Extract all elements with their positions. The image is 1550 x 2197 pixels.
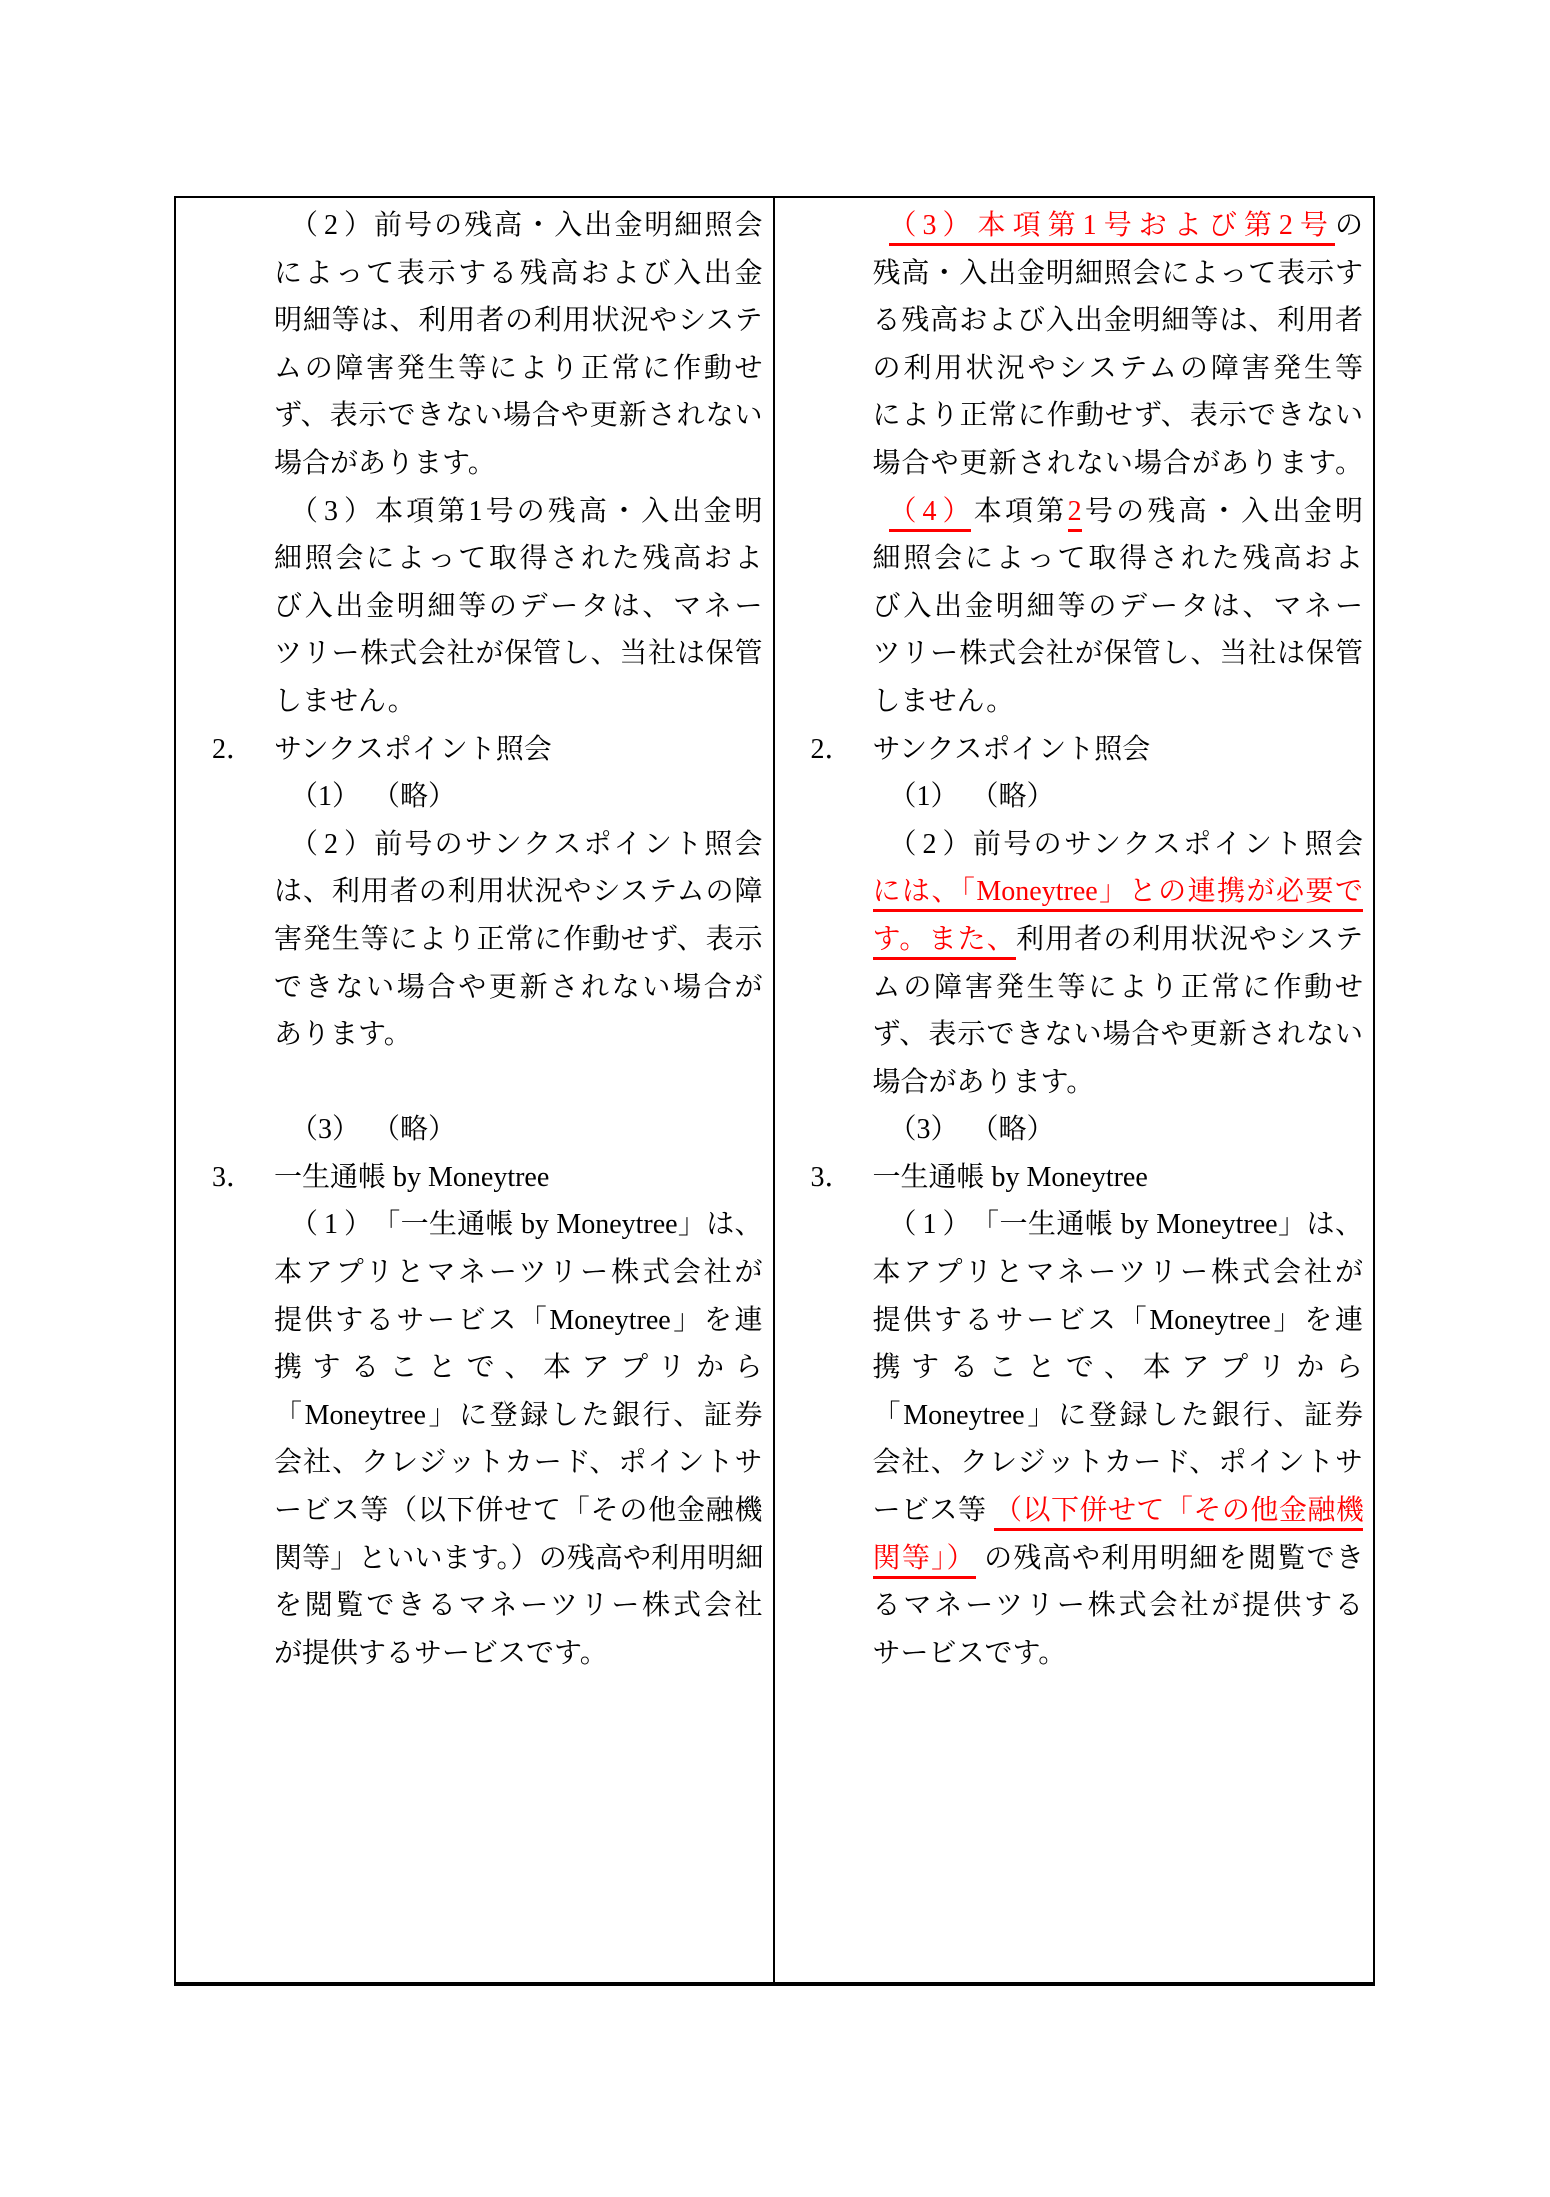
item-number: 3． bbox=[811, 1154, 873, 1202]
item-marker-text: （3） bbox=[889, 210, 971, 246]
text-segment: によって表示する残高および入出金 bbox=[274, 258, 763, 289]
text-segment: 明細等は、利用者の利用状況やシステ bbox=[274, 305, 763, 336]
item-number: 3． bbox=[212, 1154, 274, 1202]
item-marker: （2） bbox=[290, 202, 372, 250]
text-segment: 害発生等により正常に作動せず、表示 bbox=[274, 924, 763, 955]
text-segment: るマネーツリー株式会社が提供する bbox=[873, 1590, 1364, 1621]
text-line: （4）本項第2号の残高・入出金明 bbox=[775, 488, 1364, 536]
text-line: ムの障害発生等により正常に作動せ bbox=[176, 345, 763, 393]
revised-text-segment: 関等」） bbox=[873, 1543, 976, 1579]
text-line: を閲覧できるマネーツリー株式会社 bbox=[176, 1582, 763, 1630]
item-marker-text: （3） bbox=[889, 1114, 959, 1145]
item-number: 2． bbox=[811, 726, 873, 774]
item-marker: （1） bbox=[290, 1201, 372, 1249]
text-segment: 前号のサンクスポイント照会 bbox=[971, 829, 1364, 860]
text-segment: の残高や利用明細を閲覧でき bbox=[976, 1543, 1363, 1574]
text-line: ービス等 （以下併せて「その他金融機 bbox=[775, 1487, 1364, 1535]
text-line: 「Moneytree」に登録した銀行、証券 bbox=[775, 1392, 1364, 1440]
text-segment: （略） bbox=[971, 781, 1055, 812]
text-segment: （略） bbox=[372, 781, 456, 812]
text-line: 提供するサービス「Moneytree」を連 bbox=[176, 1297, 763, 1345]
text-line: 携することで、本アプリから bbox=[775, 1344, 1364, 1392]
text-segment: ツリー株式会社が保管し、当社は保管 bbox=[873, 638, 1364, 669]
text-line: ムの障害発生等により正常に作動せ bbox=[775, 964, 1364, 1012]
text-line: ツリー株式会社が保管し、当社は保管 bbox=[775, 630, 1364, 678]
item-marker-text: （2） bbox=[290, 210, 372, 241]
item-marker: （3） bbox=[290, 488, 372, 536]
text-line: （3）（略） bbox=[775, 1106, 1364, 1154]
text-segment: は、利用者の利用状況やシステムの障 bbox=[274, 876, 763, 907]
text-line: の利用状況やシステムの障害発生等 bbox=[775, 345, 1364, 393]
comparison-table: （2）前号の残高・入出金明細照会によって表示する残高および入出金明細等は、利用者… bbox=[174, 196, 1375, 1986]
text-line: す。また、利用者の利用状況やシステ bbox=[775, 916, 1364, 964]
item-marker-text: （1） bbox=[290, 1209, 372, 1240]
text-segment: 本アプリとマネーツリー株式会社が bbox=[873, 1257, 1364, 1288]
item-marker-text: （1） bbox=[889, 1209, 971, 1240]
text-line: 害発生等により正常に作動せず、表示 bbox=[176, 916, 763, 964]
text-segment: 場合があります。 bbox=[873, 1067, 1095, 1098]
text-segment: 「Moneytree」に登録した銀行、証券 bbox=[274, 1400, 763, 1431]
text-segment: サンクスポイント照会 bbox=[274, 734, 552, 765]
text-line: 提供するサービス「Moneytree」を連 bbox=[775, 1297, 1364, 1345]
text-segment: 細照会によって取得された残高およ bbox=[274, 543, 763, 574]
text-segment: 一生通帳 by Moneytree bbox=[873, 1162, 1148, 1193]
item-marker: （3） bbox=[889, 1106, 971, 1154]
text-line: 2．サンクスポイント照会 bbox=[176, 726, 763, 774]
text-segment: あります。 bbox=[274, 1019, 412, 1050]
blank-line bbox=[176, 1059, 763, 1107]
text-segment: （略） bbox=[971, 1114, 1055, 1145]
text-segment: 残高・入出金明細照会によって表示す bbox=[873, 258, 1364, 289]
text-line: （1）（略） bbox=[176, 773, 763, 821]
text-segment: 提供するサービス「Moneytree」を連 bbox=[873, 1305, 1364, 1336]
text-line: が提供するサービスです。 bbox=[176, 1630, 763, 1678]
text-segment: 携することで、本アプリから bbox=[873, 1352, 1364, 1383]
revised-text-segment: には、「Moneytree」との連携が必要で bbox=[873, 876, 1364, 912]
text-segment: を閲覧できるマネーツリー株式会社 bbox=[274, 1590, 763, 1621]
text-line: （2）前号の残高・入出金明細照会 bbox=[176, 202, 763, 250]
text-segment: 関等」といいます。）の残高や利用明細 bbox=[274, 1543, 763, 1574]
text-segment: 提供するサービス「Moneytree」を連 bbox=[274, 1305, 763, 1336]
text-segment: 本アプリとマネーツリー株式会社が bbox=[274, 1257, 763, 1288]
text-line: 細照会によって取得された残高およ bbox=[176, 535, 763, 583]
text-line: 本アプリとマネーツリー株式会社が bbox=[176, 1249, 763, 1297]
item-marker-text: （3） bbox=[290, 496, 372, 527]
text-line: 関等」） の残高や利用明細を閲覧でき bbox=[775, 1535, 1364, 1583]
text-line: （3）本項第1号および第2号の bbox=[775, 202, 1364, 250]
text-segment: 本項第 bbox=[971, 496, 1068, 527]
text-segment: ツリー株式会社が保管し、当社は保管 bbox=[274, 638, 763, 669]
item-marker: （1） bbox=[889, 1201, 971, 1249]
text-line: 場合があります。 bbox=[176, 440, 763, 488]
text-line: ず、表示できない場合や更新されない bbox=[176, 392, 763, 440]
text-line: 関等」といいます。）の残高や利用明細 bbox=[176, 1535, 763, 1583]
text-line: 明細等は、利用者の利用状況やシステ bbox=[176, 297, 763, 345]
text-line: る残高および入出金明細等は、利用者 bbox=[775, 297, 1364, 345]
text-segment: び入出金明細等のデータは、マネー bbox=[873, 591, 1364, 622]
text-line: 3．一生通帳 by Moneytree bbox=[176, 1154, 763, 1202]
text-segment: 「一生通帳 by Moneytree」は、 bbox=[971, 1209, 1364, 1240]
text-line: 会社、クレジットカード、ポイントサ bbox=[176, 1439, 763, 1487]
item-marker-text: （3） bbox=[290, 1114, 360, 1145]
text-segment: ムの障害発生等により正常に作動せ bbox=[274, 353, 763, 384]
revised-text-segment: す。また、 bbox=[873, 924, 1016, 960]
text-segment: る残高および入出金明細等は、利用者 bbox=[873, 305, 1364, 336]
text-segment: 号の残高・入出金明 bbox=[1082, 496, 1363, 527]
text-line: （1）「一生通帳 by Moneytree」は、 bbox=[176, 1201, 763, 1249]
text-line: 場合や更新されない場合があります。 bbox=[775, 440, 1364, 488]
text-line: （2）前号のサンクスポイント照会 bbox=[176, 821, 763, 869]
text-segment: により正常に作動せず、表示できない bbox=[873, 400, 1364, 431]
new-version-column: （3）本項第1号および第2号の残高・入出金明細照会によって表示する残高および入出… bbox=[775, 198, 1374, 1982]
text-line: できない場合や更新されない場合が bbox=[176, 964, 763, 1012]
text-segment: 前号のサンクスポイント照会 bbox=[372, 829, 763, 860]
text-line: 本アプリとマネーツリー株式会社が bbox=[775, 1249, 1364, 1297]
text-segment: 前号の残高・入出金明細照会 bbox=[372, 210, 763, 241]
item-marker-text: （4） bbox=[889, 496, 971, 532]
text-line: あります。 bbox=[176, 1011, 763, 1059]
text-segment: 会社、クレジットカード、ポイントサ bbox=[873, 1447, 1364, 1478]
text-line: （3）（略） bbox=[176, 1106, 763, 1154]
text-segment: 「一生通帳 by Moneytree」は、 bbox=[372, 1209, 763, 1240]
text-segment: 会社、クレジットカード、ポイントサ bbox=[274, 1447, 763, 1478]
text-segment: の bbox=[1335, 210, 1363, 241]
text-line: は、利用者の利用状況やシステムの障 bbox=[176, 868, 763, 916]
text-segment: サービスです。 bbox=[873, 1638, 1067, 1669]
text-line: 2．サンクスポイント照会 bbox=[775, 726, 1364, 774]
item-marker: （3） bbox=[889, 202, 971, 250]
text-segment: 細照会によって取得された残高およ bbox=[873, 543, 1364, 574]
text-line: 携することで、本アプリから bbox=[176, 1344, 763, 1392]
text-segment: ず、表示できない場合や更新されない bbox=[274, 400, 763, 431]
text-line: 細照会によって取得された残高およ bbox=[775, 535, 1364, 583]
item-marker-text: （2） bbox=[290, 829, 372, 860]
text-line: るマネーツリー株式会社が提供する bbox=[775, 1582, 1364, 1630]
item-marker: （2） bbox=[889, 821, 971, 869]
text-segment: できない場合や更新されない場合が bbox=[274, 972, 763, 1003]
text-line: （3）本項第1号の残高・入出金明 bbox=[176, 488, 763, 536]
text-line: （1）「一生通帳 by Moneytree」は、 bbox=[775, 1201, 1364, 1249]
text-line: ず、表示できない場合や更新されない bbox=[775, 1011, 1364, 1059]
item-marker: （1） bbox=[290, 773, 372, 821]
text-line: しません。 bbox=[775, 678, 1364, 726]
text-line: び入出金明細等のデータは、マネー bbox=[775, 583, 1364, 631]
text-line: （2）前号のサンクスポイント照会 bbox=[775, 821, 1364, 869]
text-line: には、「Moneytree」との連携が必要で bbox=[775, 868, 1364, 916]
text-line: サービスです。 bbox=[775, 1630, 1364, 1678]
item-marker: （1） bbox=[889, 773, 971, 821]
item-marker: （3） bbox=[290, 1106, 372, 1154]
text-line: 残高・入出金明細照会によって表示す bbox=[775, 250, 1364, 298]
text-segment: 一生通帳 by Moneytree bbox=[274, 1162, 549, 1193]
text-line: 会社、クレジットカード、ポイントサ bbox=[775, 1439, 1364, 1487]
item-number: 2． bbox=[212, 726, 274, 774]
text-line: 場合があります。 bbox=[775, 1059, 1364, 1107]
text-line: （1）（略） bbox=[775, 773, 1364, 821]
text-line: 「Moneytree」に登録した銀行、証券 bbox=[176, 1392, 763, 1440]
item-marker-text: （1） bbox=[290, 781, 360, 812]
text-segment: 「Moneytree」に登録した銀行、証券 bbox=[873, 1400, 1364, 1431]
text-segment: （略） bbox=[372, 1114, 456, 1145]
text-line: によって表示する残高および入出金 bbox=[176, 250, 763, 298]
text-segment: 場合があります。 bbox=[274, 448, 496, 479]
text-segment: 携することで、本アプリから bbox=[274, 1352, 763, 1383]
text-segment: サンクスポイント照会 bbox=[873, 734, 1151, 765]
text-segment: の利用状況やシステムの障害発生等 bbox=[873, 353, 1364, 384]
revised-text-segment: 本項第1号および第2号 bbox=[971, 210, 1335, 246]
text-segment: ムの障害発生等により正常に作動せ bbox=[873, 972, 1364, 1003]
text-segment: しません。 bbox=[274, 686, 416, 717]
text-line: び入出金明細等のデータは、マネー bbox=[176, 583, 763, 631]
text-segment: び入出金明細等のデータは、マネー bbox=[274, 591, 763, 622]
item-marker-text: （1） bbox=[889, 781, 959, 812]
item-marker: （2） bbox=[290, 821, 372, 869]
text-line: ービス等（以下併せて「その他金融機 bbox=[176, 1487, 763, 1535]
text-segment: が提供するサービスです。 bbox=[274, 1638, 608, 1669]
text-segment: 本項第1号の残高・入出金明 bbox=[372, 496, 763, 527]
item-marker: （4） bbox=[889, 488, 971, 536]
old-version-column: （2）前号の残高・入出金明細照会によって表示する残高および入出金明細等は、利用者… bbox=[176, 198, 775, 1982]
text-line: しません。 bbox=[176, 678, 763, 726]
text-line: 3．一生通帳 by Moneytree bbox=[775, 1154, 1364, 1202]
revised-text-segment: （以下併せて「その他金融機 bbox=[994, 1495, 1363, 1531]
text-segment: 利用者の利用状況やシステ bbox=[1016, 924, 1363, 955]
text-segment: ず、表示できない場合や更新されない bbox=[873, 1019, 1364, 1050]
text-segment: ービス等 bbox=[873, 1495, 994, 1526]
revised-text-segment: 2 bbox=[1068, 496, 1082, 532]
text-segment: 場合や更新されない場合があります。 bbox=[873, 448, 1364, 479]
text-segment: ービス等（以下併せて「その他金融機 bbox=[274, 1495, 763, 1526]
text-line: ツリー株式会社が保管し、当社は保管 bbox=[176, 630, 763, 678]
text-line: により正常に作動せず、表示できない bbox=[775, 392, 1364, 440]
text-segment: しません。 bbox=[873, 686, 1015, 717]
item-marker-text: （2） bbox=[889, 829, 971, 860]
